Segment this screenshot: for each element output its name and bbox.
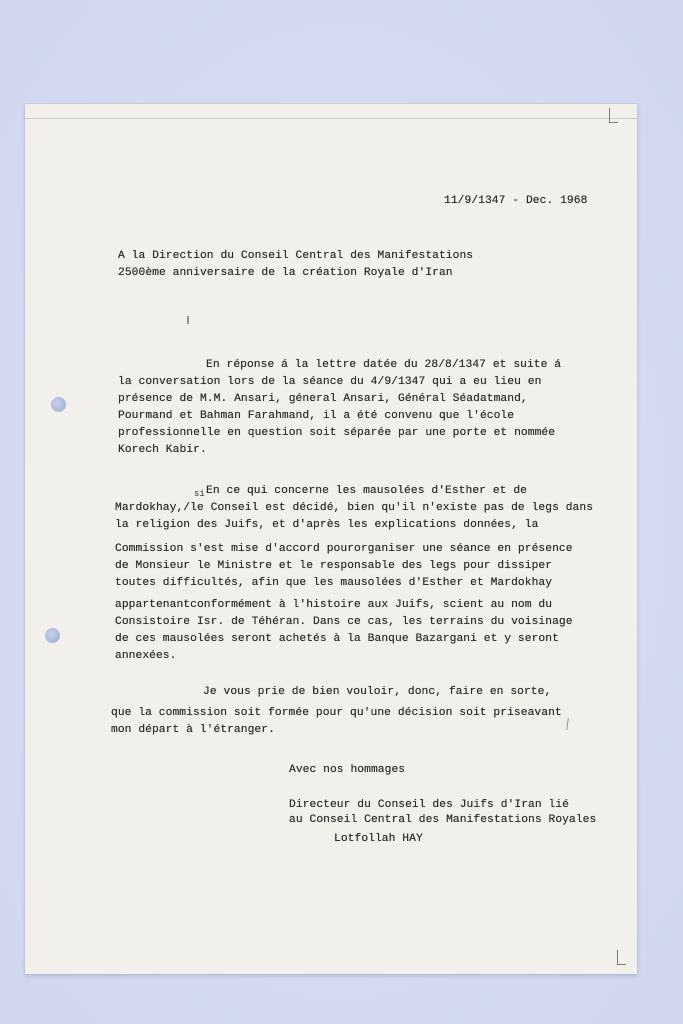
paragraph-2-line: la religion des Juifs, et d'après les ex…	[115, 517, 538, 534]
paragraph-3-line: mon départ à l'étranger.	[111, 722, 275, 739]
paragraph-2-line: Mardokhay,/le Conseil est décidé, bien q…	[115, 500, 593, 517]
corner-mark-bottom	[617, 950, 626, 965]
paragraph-2-line: de Monsieur le Ministre et le responsabl…	[115, 558, 552, 575]
paragraph-1-line: présence de M.M. Ansari, géneral Ansari,…	[118, 391, 528, 408]
paragraph-1-line: Korech Kabir.	[118, 442, 207, 459]
paragraph-3-line: que la commission soit formée pour qu'un…	[111, 705, 562, 722]
closing-salutation: Avec nos hommages	[289, 762, 405, 779]
paragraph-2-line: Consistoire Isr. de Téhéran. Dans ce cas…	[115, 614, 573, 631]
paragraph-3-line: Je vous prie de bien vouloir, donc, fair…	[203, 684, 551, 701]
paragraph-2-line: Commission s'est mise d'accord pourorgan…	[115, 541, 573, 558]
paragraph-1-line: En réponse á la lettre datée du 28/8/134…	[206, 357, 561, 374]
addressee-line-2: 2500ème anniversaire de la création Roya…	[118, 265, 453, 282]
paragraph-2-line: appartenantconformément à l'histoire aux…	[115, 597, 552, 614]
paragraph-1-line: Pourmand et Bahman Farahmand, il a été c…	[118, 408, 514, 425]
signatory-name: Lotfollah HAY	[334, 831, 423, 848]
punch-hole-bottom	[45, 628, 60, 643]
punch-hole-top	[51, 397, 66, 412]
addressee-line-1: A la Direction du Conseil Central des Ma…	[118, 248, 473, 265]
paragraph-1-line: professionnelle en question soit séparée…	[118, 425, 555, 442]
handwritten-insert: si	[194, 489, 205, 499]
paragraph-2-line: toutes difficultés, afin que les mausolé…	[115, 575, 552, 592]
letter-date: 11/9/1347 - Dec. 1968	[444, 193, 587, 210]
letter-page	[25, 104, 637, 974]
stray-mark	[187, 316, 189, 324]
paragraph-2-line: annexées.	[115, 648, 176, 665]
paragraph-2-line: de ces mausolées seront achetés à la Ban…	[115, 631, 559, 648]
signature-title-line-2: au Conseil Central des Manifestations Ro…	[289, 812, 596, 829]
paragraph-1-line: la conversation lors de la séance du 4/9…	[118, 374, 541, 391]
corner-mark-top	[609, 108, 618, 123]
paragraph-2-line: En ce qui concerne les mausolées d'Esthe…	[206, 483, 527, 500]
